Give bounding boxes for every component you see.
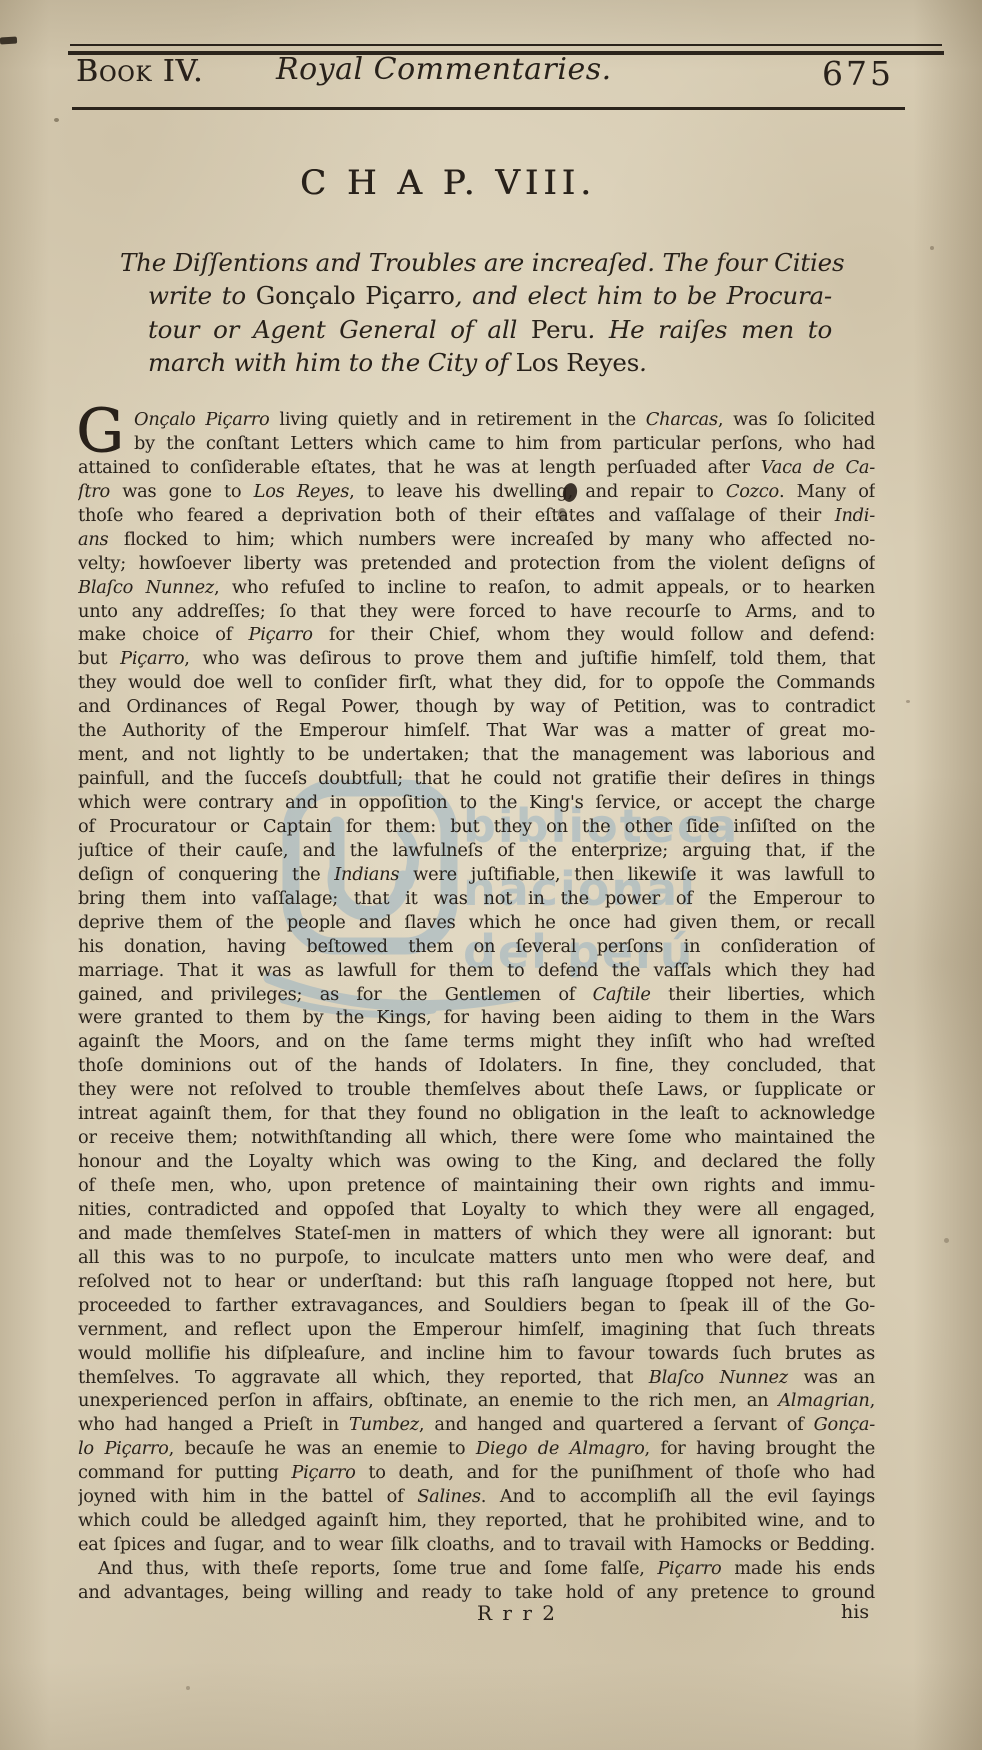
book-label: Book IV.: [76, 54, 204, 89]
book-page-scan: biblioteca nacional del perú Book IV. Ro…: [0, 0, 982, 1750]
emphasis-segment: Blaſco Nunnez: [649, 1367, 788, 1388]
header-rule-bottom: [72, 107, 905, 110]
body-line: marriage. That it was as lawfull for the…: [78, 959, 875, 983]
body-line: velty; howſoever liberty was pretended a…: [78, 552, 875, 576]
emphasis-segment: Salines: [417, 1486, 481, 1507]
body-line: honour and the Loyalty which was owing t…: [78, 1150, 875, 1174]
running-title: Royal Commentaries.: [276, 52, 612, 87]
header-rule-thin: [70, 44, 942, 46]
paper-speck: [944, 1238, 949, 1243]
emphasis-segment: Diego de Almagro: [476, 1438, 645, 1459]
body-line: thoſe dominions out of the hands of Idol…: [78, 1054, 875, 1078]
body-line: ſtro was gone to Los Reyes, to leave his…: [78, 480, 875, 504]
emphasis-segment: Peru: [531, 315, 588, 344]
body-line: juſtice of their cauſe, and the lawfulne…: [78, 839, 875, 863]
body-line: were granted to them by the Kings, for h…: [78, 1006, 875, 1030]
emphasis-segment: Piçarro: [291, 1462, 355, 1483]
emphasis-segment: Cozco: [726, 481, 779, 502]
emphasis-segment: Tumbez: [349, 1414, 419, 1435]
emphasis-segment: Piçarro: [248, 624, 312, 645]
paper-speck: [186, 1686, 190, 1690]
body-line: of Procuratour or Captain for them: but …: [78, 815, 875, 839]
body-line: which could be alledged againſt him, the…: [78, 1509, 875, 1533]
emphasis-segment: Blaſco Nunnez: [78, 577, 214, 598]
emphasis-segment: Charcas: [646, 409, 718, 430]
body-line: unto any addreſſes; ſo that they were fo…: [78, 600, 875, 624]
body-line: the Authority of the Emperour himſelf. T…: [78, 719, 875, 743]
body-line: themſelves. To aggravate all which, they…: [78, 1366, 875, 1390]
body-line: eat ſpices and ſugar, and to wear ſilk c…: [78, 1533, 875, 1557]
body-line: nities, contradicted and oppoſed that Lo…: [78, 1198, 875, 1222]
emphasis-segment: Los Reyes: [254, 481, 350, 502]
body-line: joyned with him in the battel of Salines…: [78, 1485, 875, 1509]
body-line: Blaſco Nunnez, who refuſed to incline to…: [78, 576, 875, 600]
body-line: of theſe men, who, upon pretence of main…: [78, 1174, 875, 1198]
emphasis-segment: Gonçalo Piçarro: [256, 281, 455, 310]
body-line: thoſe who feared a deprivation both of t…: [78, 504, 875, 528]
emphasis-segment: Indi-: [835, 505, 875, 526]
body-line: command for putting Piçarro to death, an…: [78, 1461, 875, 1485]
body-line: and made themſelves Stateſ-men in matter…: [78, 1222, 875, 1246]
body-line: they were not reſolved to trouble themſe…: [78, 1078, 875, 1102]
chapter-summary: The Diſſentions and Troubles are increaſ…: [120, 246, 832, 380]
summary-line: The Diſſentions and Troubles are increaſ…: [120, 246, 832, 279]
emphasis-segment: Piçarro: [657, 1558, 721, 1579]
body-line: deſign of conquering the Indians were ju…: [78, 863, 875, 887]
body-line: lo Piçarro, becauſe he was an enemie to …: [78, 1437, 875, 1461]
summary-line: march with him to the City of Los Reyes.: [120, 346, 832, 379]
emphasis-segment: lo Piçarro: [78, 1438, 169, 1459]
emphasis-segment: ans: [78, 529, 108, 550]
emphasis-segment: Indians: [334, 864, 399, 885]
body-line: Onçalo Piçarro living quietly and in ret…: [78, 408, 875, 432]
emphasis-segment: Onçalo Piçarro: [134, 409, 270, 430]
page-number: 675: [822, 54, 894, 93]
body-line: againſt the Moors, and on the ſame terms…: [78, 1030, 875, 1054]
summary-line: write to Gonçalo Piçarro, and elect him …: [120, 279, 832, 312]
body-line: his donation, having beſtowed them on ſe…: [78, 935, 875, 959]
body-line: and Ordinances of Regal Power, though by…: [78, 695, 875, 719]
body-line: unexperienced perſon in affairs, obſtina…: [78, 1389, 875, 1413]
body-line: ans flocked to him; which numbers were i…: [78, 528, 875, 552]
body-line: gained, and privileges; as for the Gentl…: [78, 983, 875, 1007]
body-line: And thus, with theſe reports, ſome true …: [78, 1557, 875, 1581]
body-line: they would doe well to conſider firſt, w…: [78, 671, 875, 695]
paper-speck: [54, 118, 59, 122]
emphasis-segment: Vaca de Ca-: [761, 457, 875, 478]
chapter-heading: C H A P. VIII.: [300, 163, 596, 203]
body-line: reſolved not to hear or underſtand: but …: [78, 1270, 875, 1294]
paper-speck: [906, 700, 910, 703]
emphasis-segment: Los Reyes: [516, 348, 639, 377]
emphasis-segment: Gonça-: [814, 1414, 875, 1435]
body-line: all this was to no purpoſe, to inculcate…: [78, 1246, 875, 1270]
body-line: or receive them; notwithſtanding all whi…: [78, 1126, 875, 1150]
emphasis-segment: ſtro: [78, 481, 110, 502]
edge-ink-mark: [0, 37, 17, 45]
body-line: vernment, and reflect upon the Emperour …: [78, 1318, 875, 1342]
paper-speck: [930, 246, 934, 250]
body-line: proceeded to farther extravagances, and …: [78, 1294, 875, 1318]
body-line: but Piçarro, who was deſirous to prove t…: [78, 647, 875, 671]
signature-mark: R r r 2: [477, 1601, 557, 1625]
body-line: by the conſtant Letters which came to hi…: [78, 432, 875, 456]
catchword: his: [841, 1601, 869, 1623]
body-line: would mollifie his diſpleaſure, and incl…: [78, 1342, 875, 1366]
body-line: deprive them of the people and ſlaves wh…: [78, 911, 875, 935]
body-line: which were contrary and in oppoſition to…: [78, 791, 875, 815]
body-line: ment, and not lightly to be undertaken; …: [78, 743, 875, 767]
body-line: who had hanged a Prieſt in Tumbez, and h…: [78, 1413, 875, 1437]
body-text: Onçalo Piçarro living quietly and in ret…: [78, 408, 875, 1605]
emphasis-segment: Piçarro: [120, 648, 184, 669]
body-line: painfull, and the ſucceſs doubtfull; tha…: [78, 767, 875, 791]
body-line: attained to conſiderable eſtates, that h…: [78, 456, 875, 480]
emphasis-segment: Caſtile: [593, 984, 651, 1005]
emphasis-segment: Almagrian: [778, 1390, 869, 1411]
summary-line: tour or Agent General of all Peru. He ra…: [120, 313, 832, 346]
body-line: intreat againſt them, for that they foun…: [78, 1102, 875, 1126]
body-line: make choice of Piçarro for their Chief, …: [78, 623, 875, 647]
body-line: bring them into vaſſalage; that it was n…: [78, 887, 875, 911]
